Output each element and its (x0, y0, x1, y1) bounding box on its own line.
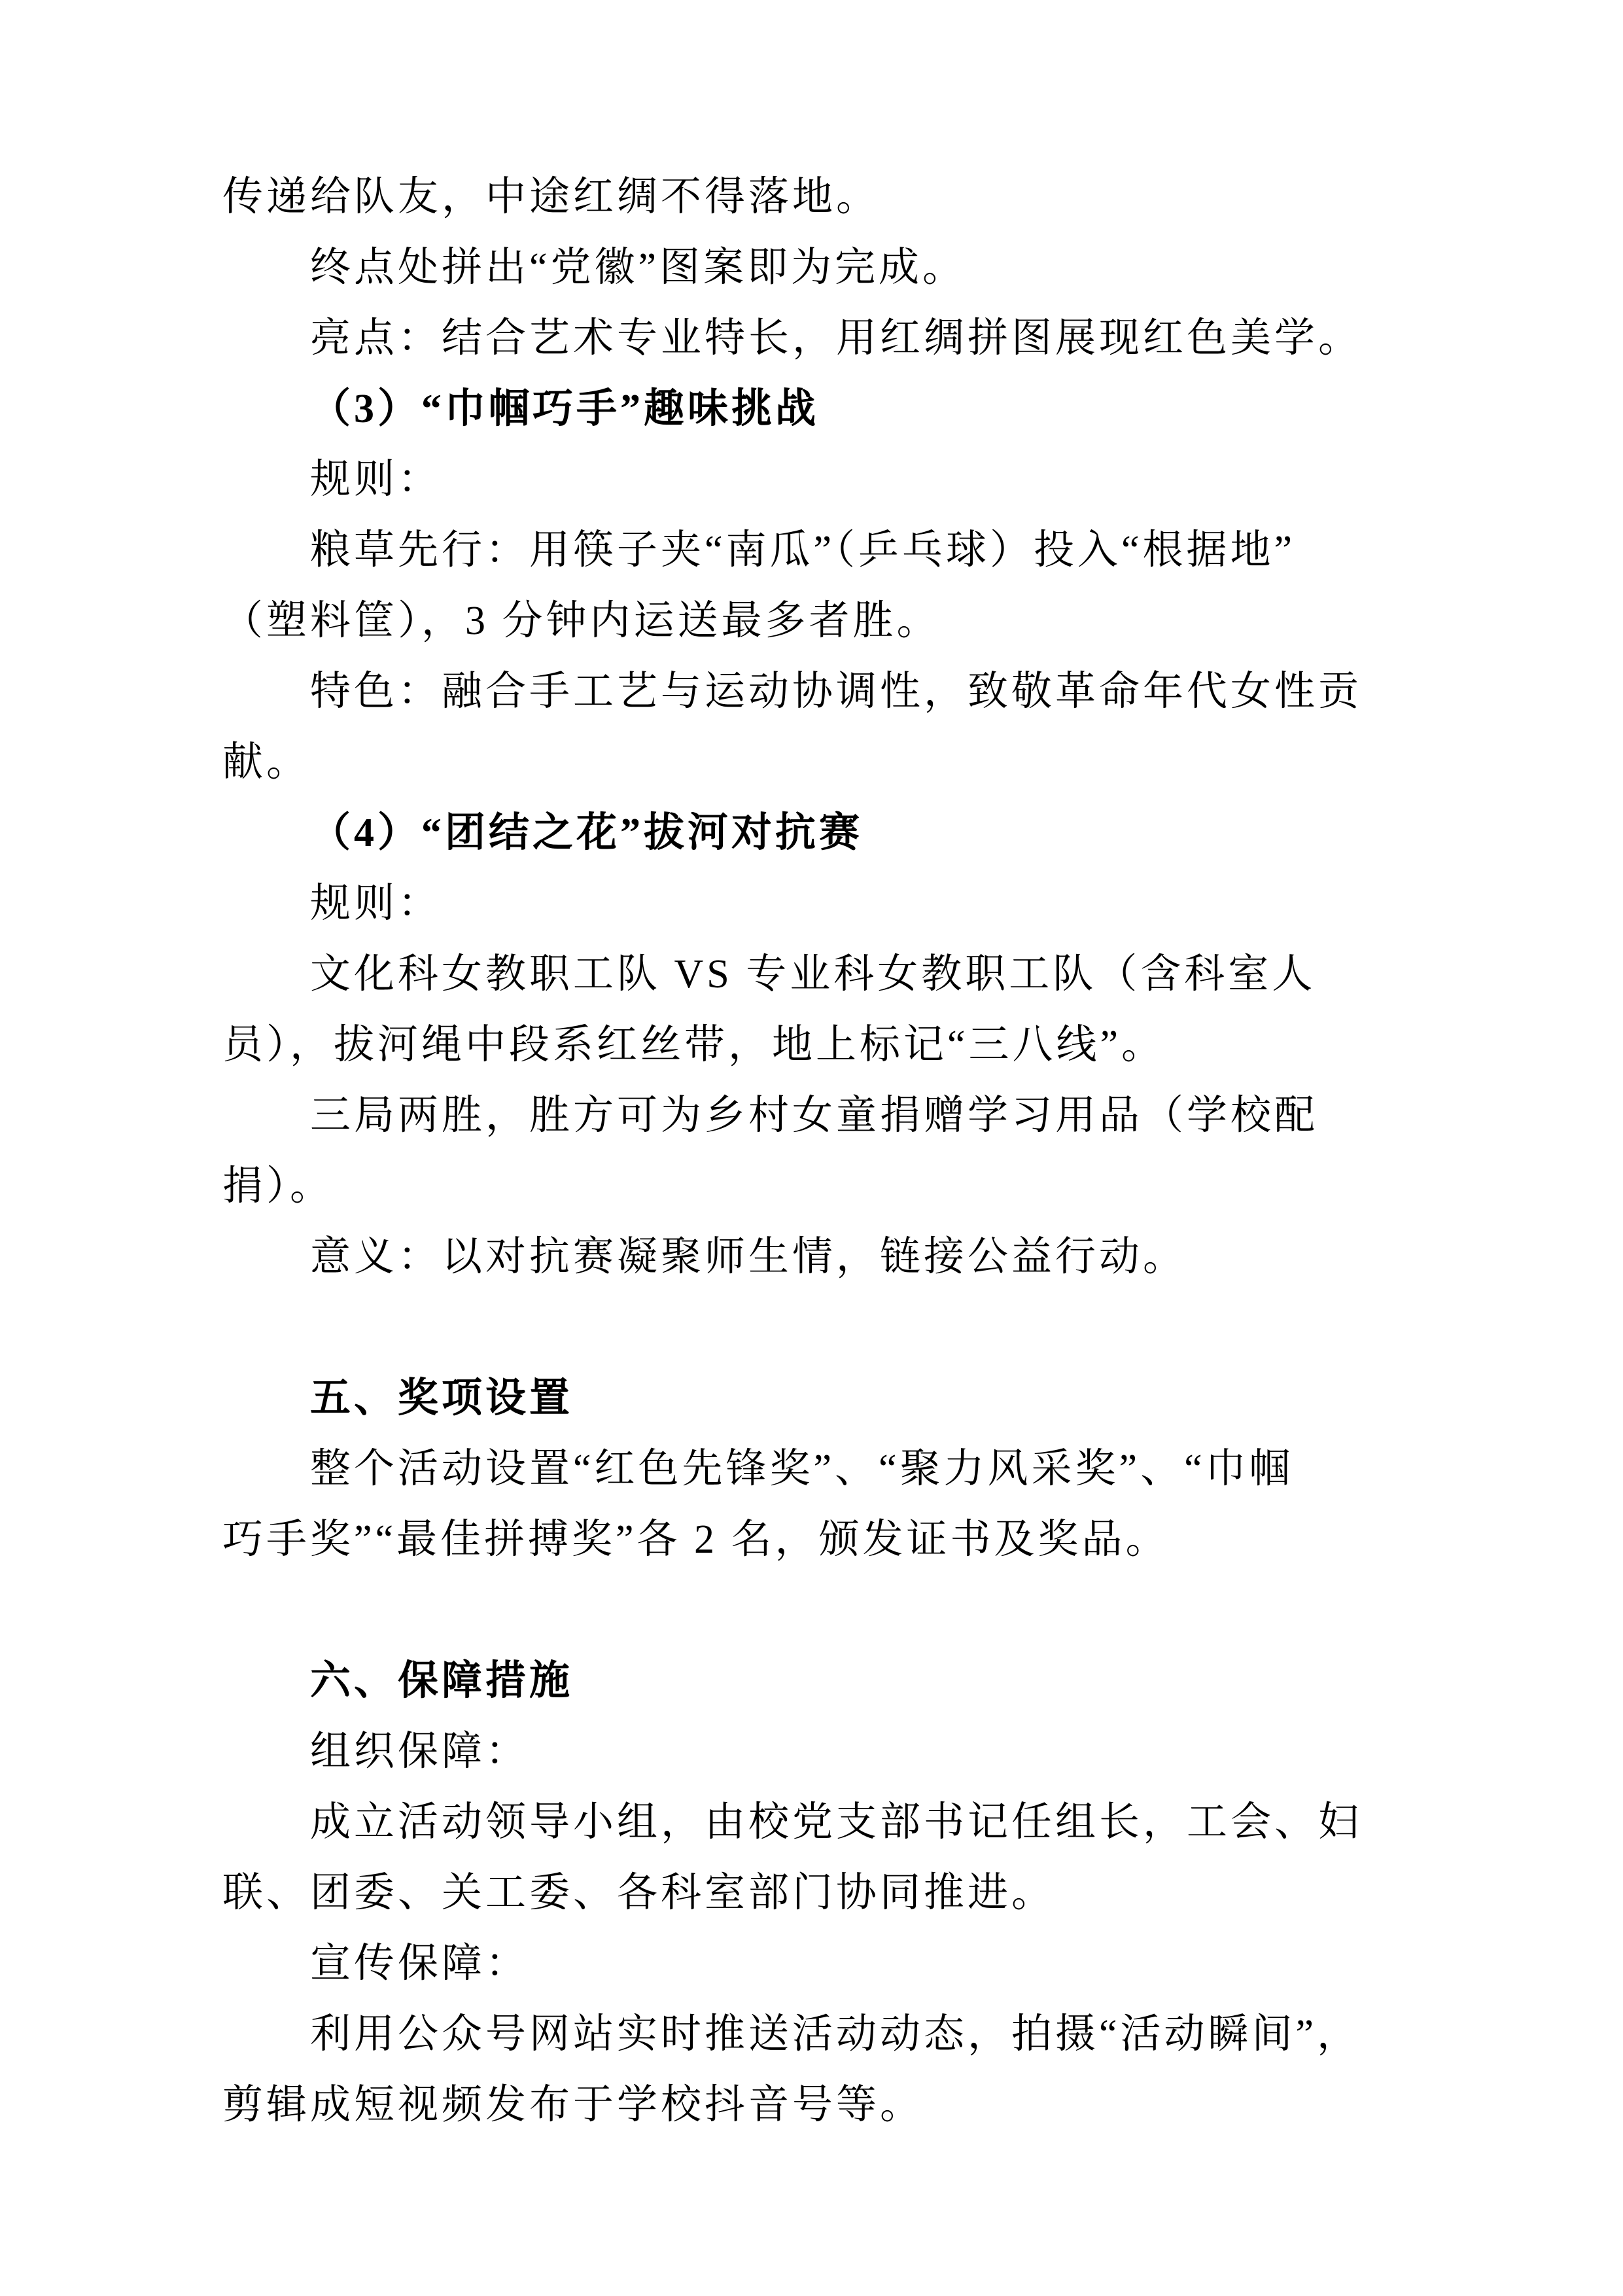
text-line: 联、团委、关工委、各科室部门协同推进。 (222, 1858, 1410, 1928)
text-line: 意义：以对抗赛凝聚师生情，链接公益行动。 (222, 1222, 1410, 1292)
text-line: 文化科女教职工队 VS 专业科女教职工队（含科室人 (222, 939, 1410, 1010)
text-line: 巧手奖”“最佳拼搏奖”各 2 名，颁发证书及奖品。 (222, 1504, 1410, 1575)
text-line: 捐）。 (222, 1151, 1410, 1222)
text-line: 整个活动设置“红色先锋奖”、“聚力风采奖”、“巾帼 (222, 1434, 1410, 1504)
text-line: 传递给队友，中途红绸不得落地。 (222, 162, 1410, 232)
blank-line (222, 1575, 1410, 1646)
document-page: 传递给队友，中途红绸不得落地。终点处拼出“党徽”图案即为完成。亮点：结合艺术专业… (0, 0, 1623, 2296)
text-line: 规则： (222, 868, 1410, 939)
text-line: 组织保障： (222, 1716, 1410, 1787)
text-line: 亮点：结合艺术专业特长，用红绸拼图展现红色美学。 (222, 303, 1410, 374)
heading-line: （3）“巾帼巧手”趣味挑战 (222, 374, 1410, 444)
text-line: 员），拔河绳中段系红丝带，地上标记“三八线”。 (222, 1010, 1410, 1080)
text-line: 宣传保障： (222, 1928, 1410, 1999)
heading-line: （4）“团结之花”拔河对抗赛 (222, 798, 1410, 868)
text-line: （塑料筐），3 分钟内运送最多者胜。 (222, 586, 1410, 656)
text-line: 献。 (222, 727, 1410, 798)
text-line: 终点处拼出“党徽”图案即为完成。 (222, 232, 1410, 303)
blank-line (222, 1292, 1410, 1363)
text-line: 利用公众号网站实时推送活动动态，拍摄“活动瞬间”， (222, 1999, 1410, 2070)
heading-line: 六、保障措施 (222, 1646, 1410, 1716)
text-line: 粮草先行：用筷子夹“南瓜”（乒乓球）投入“根据地” (222, 515, 1410, 586)
text-line: 剪辑成短视频发布于学校抖音号等。 (222, 2070, 1410, 2140)
text-line: 成立活动领导小组，由校党支部书记任组长，工会、妇 (222, 1787, 1410, 1858)
heading-line: 五、奖项设置 (222, 1363, 1410, 1434)
text-line: 规则： (222, 444, 1410, 515)
document-text: 传递给队友，中途红绸不得落地。终点处拼出“党徽”图案即为完成。亮点：结合艺术专业… (222, 162, 1410, 2140)
text-line: 特色：融合手工艺与运动协调性，致敬革命年代女性贡 (222, 656, 1410, 727)
text-line: 三局两胜，胜方可为乡村女童捐赠学习用品（学校配 (222, 1080, 1410, 1151)
